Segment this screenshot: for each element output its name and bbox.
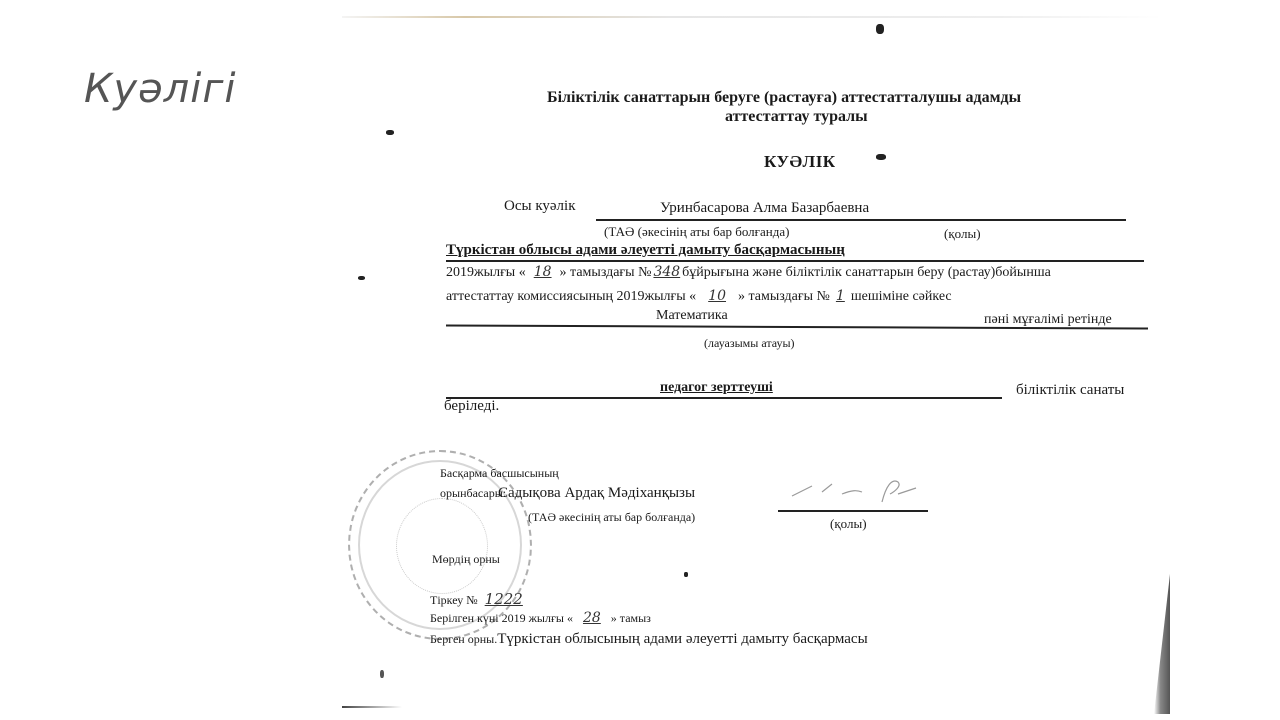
recipient-name: Уринбасарова Алма Базарбаевна xyxy=(660,200,869,217)
issued-suffix: » тамыз xyxy=(611,611,651,625)
scan-speck xyxy=(876,154,886,160)
order-day: 18 xyxy=(526,264,560,280)
intro-label: Осы куәлік xyxy=(504,198,576,215)
issuer-line: Берген орны.Түркістан облысының адами әл… xyxy=(430,630,868,648)
subject-name: Математика xyxy=(656,308,728,324)
category-underline xyxy=(446,397,1002,399)
scan-speck xyxy=(386,130,394,135)
organization-underline xyxy=(446,260,1144,262)
order-year-prefix: 2019жылғы « xyxy=(446,265,526,280)
certificate-document: Біліктілік санаттарын беруге (растауға) … xyxy=(342,14,1170,710)
registration-number: 1222 xyxy=(481,590,527,608)
scan-speck xyxy=(358,276,365,280)
category-suffix: біліктілік санаты xyxy=(1016,382,1124,399)
signatory-signature-caption: (қолы) xyxy=(830,516,867,532)
handwritten-signature xyxy=(782,472,922,508)
subject-suffix: пәні мұғалімі ретінде xyxy=(984,312,1112,328)
signatory-role-line2: орынбасары: xyxy=(440,486,506,501)
decision-day: 10 xyxy=(696,288,738,304)
paper-fold-shadow xyxy=(1154,574,1170,714)
organization-name: Түркістан облысы адами әлеуетті дамыту б… xyxy=(446,242,845,259)
stamp-place-label: Мөрдің орны xyxy=(432,552,500,567)
commission-mid: » тамыздағы № xyxy=(738,289,830,304)
position-caption: (лауазымы атауы) xyxy=(704,336,795,351)
signatory-role-line1: Басқарма басшысының xyxy=(440,466,559,481)
qualification-category: педагог зерттеуші xyxy=(660,380,773,396)
registration-line: Тіркеу № 1222 xyxy=(430,590,527,608)
issuer-label: Берген орны. xyxy=(430,632,497,646)
registration-label: Тіркеу № xyxy=(430,593,478,607)
scan-speck xyxy=(876,24,884,34)
order-line: 2019жылғы «18» тамыздағы №348бұйрығына ж… xyxy=(446,264,1051,281)
commission-line: аттестаттау комиссиясының 2019жылғы «10»… xyxy=(446,288,952,305)
recipient-signature-caption: (қолы) xyxy=(944,226,981,242)
document-heading-line1: Біліктілік санаттарын беруге (растауға) … xyxy=(547,89,1021,107)
slide-title: Куәлігі xyxy=(84,66,237,112)
commission-prefix: аттестаттау комиссиясының 2019жылғы « xyxy=(446,289,696,304)
paper-bottom-edge xyxy=(342,706,402,708)
scan-speck xyxy=(380,670,384,678)
issued-date-line: Берілген күні 2019 жылғы «28» тамыз xyxy=(430,610,651,626)
order-number: 348 xyxy=(651,264,682,280)
document-title: КУӘЛІК xyxy=(764,152,836,172)
order-suffix: бұйрығына және біліктілік санаттарын бер… xyxy=(682,265,1051,280)
recipient-name-underline xyxy=(596,219,1126,221)
commission-suffix: шешіміне сәйкес xyxy=(851,289,952,304)
order-mid: » тамыздағы № xyxy=(560,265,652,280)
issuer-value: Түркістан облысының адами әлеуетті дамыт… xyxy=(497,631,867,647)
signatory-name: Садықова Ардақ Мәдіханқызы xyxy=(498,485,695,502)
signatory-name-caption: (ТАӘ әкесінің аты бар болғанда) xyxy=(528,510,695,525)
granted-text: беріледі. xyxy=(444,398,499,415)
signature-line xyxy=(778,510,928,512)
issued-prefix: Берілген күні 2019 жылғы « xyxy=(430,611,573,625)
document-heading-line2: аттестаттау туралы xyxy=(725,108,868,126)
issued-day: 28 xyxy=(573,610,611,626)
scan-speck xyxy=(684,572,688,577)
paper-top-edge xyxy=(342,16,1162,18)
decision-number: 1 xyxy=(830,288,851,304)
seal-emblem xyxy=(396,498,488,594)
recipient-name-caption: (ТАӘ (әкесінің аты бар болғанда) xyxy=(604,224,789,240)
